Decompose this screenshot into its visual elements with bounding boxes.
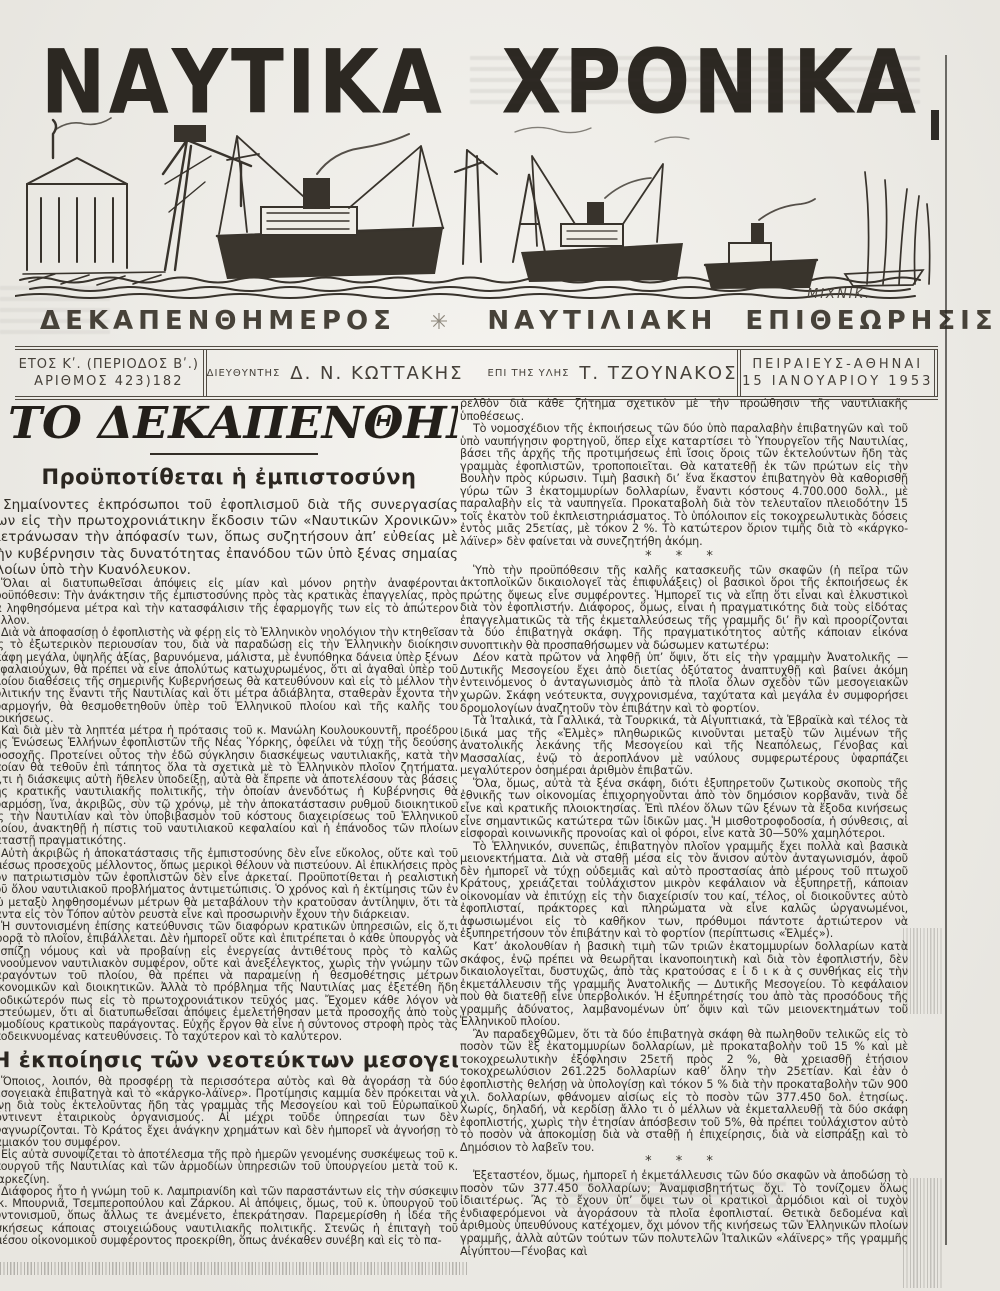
editor-name: Τ. ΤΖΟΥΝΑΚΟΣ: [579, 363, 737, 384]
editor-label: ΕΠΙ ΤΗΣ ΥΛΗΣ: [488, 368, 570, 379]
article-paragraph: Τὸ νομοσχέδιον τῆς ἐκποιήσεως τῶν δύο ὑπ…: [460, 423, 908, 548]
article-column-right: ρελθὸν διὰ κάθε ζήτημα σχετικὸν μὲ τὴν π…: [460, 398, 908, 1291]
bleedthrough-text-smudge: [470, 56, 920, 108]
bleedthrough-text-smudge: [0, 286, 110, 340]
article-paragraph: Τὸ Ἑλληνικόν, συνεπῶς, ἐπιβατηγὸν πλοῖον…: [460, 841, 908, 941]
issue-number: ΑΡΙΘΜΟΣ 423)182: [15, 374, 203, 389]
article-paragraph: Δέον κατὰ πρῶτον νὰ ληφθῇ ὑπ’ ὄψιν, ὅτι …: [460, 652, 908, 715]
headline-rule: [150, 453, 318, 455]
article-paragraph: Αὐτὴ ἀκριβῶς ἡ ἀποκατάστασις τῆς ἐμπιστο…: [0, 848, 458, 922]
article-paragraph: Ἡ συντονισμένη ἐπίσης κατεύθυνσις τῶν δι…: [0, 921, 458, 1044]
bleedthrough-text-smudge: [556, 1182, 786, 1210]
article-paragraph: Ἂν παραδεχθῶμεν, ὅτι τὰ δύο ἐπιβατηγὰ σκ…: [460, 1029, 908, 1154]
harbor-illustration: ΜΙΧΝΙΚ.: [15, 112, 935, 302]
staff-cell: ΔΙΕΥΘΥΝΤΗΣ Δ. Ν. ΚΩΤΤΑΚΗΣ ΕΠΙ ΤΗΣ ΥΛΗΣ Τ…: [203, 350, 742, 396]
article-paragraph: Τὰ Ἰταλικά, τὰ Γαλλικά, τὰ Τουρκικά, τὰ …: [460, 715, 908, 778]
harbor-sketch: ΜΙΧΝΙΚ.: [15, 112, 935, 302]
article-headline: ΤΟ ΔΕΚΑΠΕΝΘΗΜΕΡΟΝ: [8, 398, 458, 449]
article-column-left: ΤΟ ΔΕΚΑΠΕΝΘΗΜΕΡΟΝ Προϋποτίθεται ἡ ἐμπιστ…: [0, 398, 458, 1291]
article-paragraph: Ὅποιος, λοιπόν, θὰ προσφέρῃ τὰ περισσότε…: [0, 1076, 458, 1150]
director-name: Δ. Ν. ΚΩΤΤΑΚΗΣ: [290, 363, 463, 384]
star-ornament-icon: ✳: [424, 310, 459, 335]
page-edge-mark: [931, 110, 939, 140]
place-line: ΠΕΙΡΑΙΕΥΣ-ΑΘΗΝΑΙ: [741, 356, 934, 373]
article-paragraph: ρελθὸν διὰ κάθε ζήτημα σχετικὸν μὲ τὴν π…: [460, 398, 908, 423]
section-subheading: Προϋποτίθεται ἡ ἐμπιστοσύνη: [0, 465, 458, 489]
bleedthrough-hatch-band: [0, 1262, 468, 1275]
article-paragraph: Διάφορος ἦτο ἡ γνώμη τοῦ κ. Λαμπριανίδη …: [0, 1186, 458, 1247]
article-paragraph: Ὑπὸ τὴν προϋπόθεσιν τῆς καλῆς κατασκευῆς…: [460, 565, 908, 653]
place-date-cell: ΠΕΙΡΑΙΕΥΣ-ΑΘΗΝΑΙ 15 ΙΑΝΟΥΑΡΙΟΥ 1953: [741, 350, 938, 396]
date-line: 15 ΙΑΝΟΥΑΡΙΟΥ 1953: [741, 373, 934, 390]
article-paragraph: Ὅλαι αἱ διατυπωθεῖσαι ἀπόψεις εἰς μίαν κ…: [0, 578, 458, 627]
article-body-left: Σημαίνοντες ἐκπρόσωποι τοῦ ἐφοπλισμοῦ δι…: [0, 497, 458, 1247]
section-subheading: Ἡ ἐκποίησις τῶν νεοτεύκτων μεσογειακῶν: [0, 1048, 458, 1073]
issue-number-cell: ΕΤΟΣ Κʹ. (ΠΕΡΙΟΔΟΣ Βʹ.) ΑΡΙΘΜΟΣ 423)182: [15, 350, 203, 396]
page-edge-line: [945, 55, 947, 1245]
article-paragraph: Καὶ διὰ μὲν τὰ ληπτέα μέτρα ἡ πρότασις τ…: [0, 725, 458, 848]
issue-era: ΕΤΟΣ Κʹ. (ΠΕΡΙΟΔΟΣ Βʹ.): [15, 357, 203, 372]
article-paragraph: Ὅλα, ὅμως, αὐτὰ τὰ ξένα σκάφη, διότι ἐξυ…: [460, 778, 908, 841]
issue-info-bar: ΕΤΟΣ Κʹ. (ΠΕΡΙΟΔΟΣ Βʹ.) ΑΡΙΘΜΟΣ 423)182 …: [15, 346, 938, 400]
article-body-right: ρελθὸν διὰ κάθε ζήτημα σχετικὸν μὲ τὴν π…: [460, 398, 908, 1258]
magazine-subtitle: ΔΕΚΑΠΕΝΘΗΜΕΡΟΣ ✳ ΝΑΥΤΙΛΙΑΚΗ ΕΠΙΘΕΩΡΗΣΙΣ: [40, 306, 920, 336]
article-paragraph: Σημαίνοντες ἐκπρόσωποι τοῦ ἐφοπλισμοῦ δι…: [0, 497, 458, 578]
asterisk-separator: * * *: [460, 1155, 908, 1169]
article-paragraph: Κατ’ ἀκολουθίαν ἡ βασικὴ τιμὴ τῶν τριῶν …: [460, 941, 908, 1029]
article-paragraph: Διὰ νὰ ἀποφασίσῃ ὁ ἐφοπλιστὴς νὰ φέρῃ εἰ…: [0, 627, 458, 725]
subtitle-word-2: ΝΑΥΤΙΛΙΑΚΗ ΕΠΙΘΕΩΡΗΣΙΣ: [487, 306, 997, 336]
article-paragraph: Εἰς αὐτὰ συνοψίζεται τὸ ἀποτέλεσμα τῆς π…: [0, 1149, 458, 1186]
bleedthrough-hatch-right: [903, 928, 943, 1014]
artist-signature: ΜΙΧΝΙΚ.: [807, 287, 871, 302]
asterisk-separator: * * *: [460, 550, 908, 564]
bleedthrough-hatch-right: [903, 1178, 943, 1288]
director-label: ΔΙΕΥΘΥΝΤΗΣ: [207, 368, 281, 379]
